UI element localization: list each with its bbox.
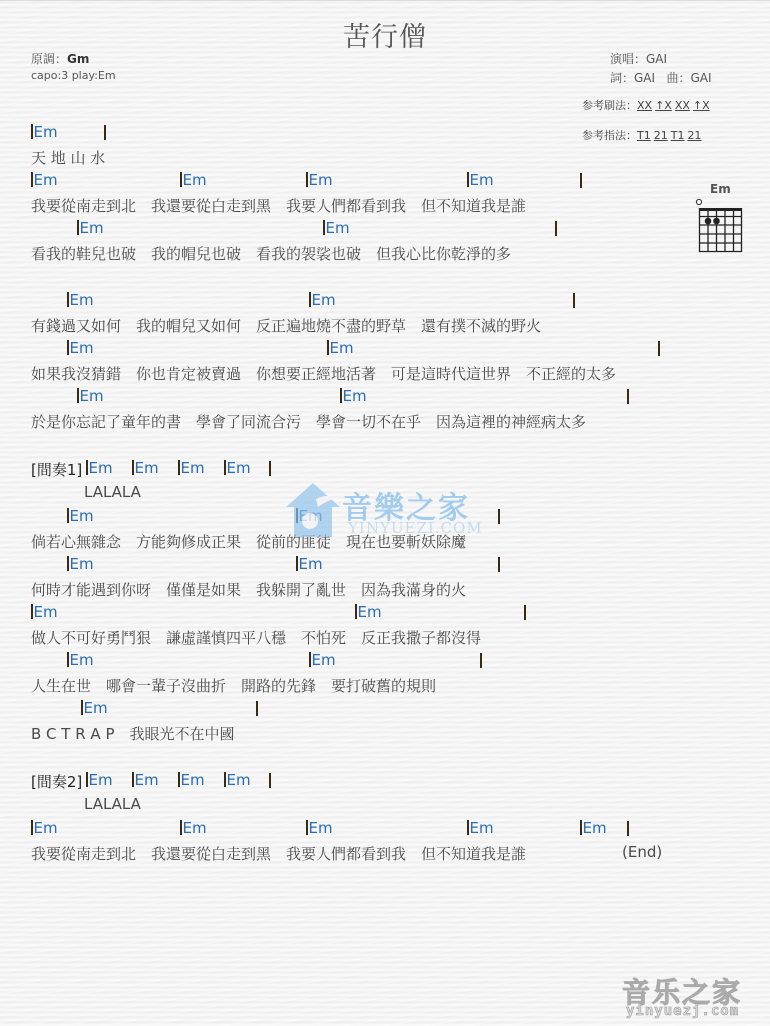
bar-line	[524, 605, 526, 620]
lyric-line: 如果我沒猜錯 你也肯定被賣過 你想要正經地活著 可是這時代這世界 不正經的太多	[31, 363, 616, 384]
chord-symbol: Em	[77, 387, 104, 405]
bar-line	[77, 220, 79, 235]
chord-name: Em	[181, 459, 205, 477]
chord-name: Em	[312, 651, 336, 669]
lyric-line: 何時才能遇到你呀 僅僅是如果 我躲開了亂世 因為我滿身的火	[31, 579, 466, 600]
chord-symbol: Em	[467, 819, 494, 837]
chord-symbol: Em	[467, 171, 494, 189]
chord-name: Em	[330, 339, 354, 357]
lyric-line: 於是你忘記了童年的書 學會了同流合污 學會一切不在乎 因為這裡的神經病太多	[31, 411, 586, 432]
bar-line	[180, 820, 182, 835]
chord-name: Em	[227, 459, 251, 477]
bar-line	[627, 389, 629, 404]
chord-name: Em	[309, 171, 333, 189]
chord-symbol: Em	[327, 339, 354, 357]
finger-label: 参考指法：	[582, 129, 637, 142]
chord-symbol: Em	[323, 219, 350, 237]
bar-line	[555, 221, 557, 236]
chord-name: Em	[358, 603, 382, 621]
chord-name: Em	[135, 459, 159, 477]
bar-line	[104, 125, 106, 140]
watermark-bottom: 音乐之家 yinyuezj.com	[622, 971, 762, 1021]
bar-line	[573, 293, 575, 308]
chord-name: Em	[34, 171, 58, 189]
chord-symbol: Em	[178, 459, 205, 477]
chord-name: Em	[34, 819, 58, 837]
bar-line	[67, 340, 69, 355]
house-logo-icon	[282, 481, 344, 539]
watermark-center: 音樂之家 YINYUEZI.COM	[282, 481, 492, 541]
chord-symbol: Em	[306, 819, 333, 837]
lyric-line: 看我的鞋兒也破 我的帽兒也破 看我的袈裟也破 但我心比你乾淨的多	[31, 243, 511, 264]
strum-pattern-item: ↑X	[655, 99, 672, 112]
bar-line	[467, 172, 469, 187]
chord-symbol: Em	[309, 291, 336, 309]
chord-symbol: Em	[132, 459, 159, 477]
bar-line	[467, 820, 469, 835]
bar-line	[658, 341, 660, 356]
section-label: [間奏2]	[31, 771, 82, 792]
bar-line	[67, 556, 69, 571]
chord-symbol: Em	[31, 171, 58, 189]
bar-line	[306, 172, 308, 187]
bar-line	[86, 460, 88, 475]
bar-line	[31, 172, 33, 187]
chord-name: Em	[70, 291, 94, 309]
lyric-line: B C T R A P 我眼光不在中國	[31, 723, 235, 744]
chord-name: Em	[135, 771, 159, 789]
song-title: 苦行僧	[0, 15, 770, 54]
bar-line	[81, 700, 83, 715]
lyric-line: LALALA	[84, 483, 141, 501]
bar-line	[67, 508, 69, 523]
bar-line	[224, 460, 226, 475]
chord-name: Em	[470, 819, 494, 837]
chord-symbol: Em	[67, 651, 94, 669]
chord-grid-icon	[694, 196, 746, 256]
chord-name: Em	[70, 555, 94, 573]
bar-line	[309, 652, 311, 667]
bar-line	[178, 460, 180, 475]
finger-pattern-item: T1	[637, 129, 651, 142]
lyric-line: 我要從南走到北 我還要從白走到黑 我要人們都看到我 但不知道我是誰	[31, 195, 526, 216]
bar-line	[67, 652, 69, 667]
bar-line	[355, 604, 357, 619]
bar-line	[269, 461, 271, 476]
capo-info: capo:3 play:Em	[31, 69, 116, 82]
chord-diagram-name: Em	[710, 182, 731, 196]
bar-line	[31, 820, 33, 835]
chord-name: Em	[181, 771, 205, 789]
finger-pattern-item: 21	[687, 129, 701, 142]
watermark-bottom-url: yinyuezj.com	[626, 1003, 739, 1019]
finger-pattern-item: T1	[671, 129, 685, 142]
bar-line	[480, 653, 482, 668]
bar-line	[180, 172, 182, 187]
chord-symbol: Em	[355, 603, 382, 621]
chord-name: Em	[80, 387, 104, 405]
original-key-value: Gm	[67, 52, 89, 66]
chord-name: Em	[299, 555, 323, 573]
chord-name: Em	[343, 387, 367, 405]
chord-symbol: Em	[178, 771, 205, 789]
bar-line	[327, 340, 329, 355]
chord-symbol: Em	[132, 771, 159, 789]
singer-credit: 演唱：GAI	[610, 50, 667, 67]
chord-symbol: Em	[180, 819, 207, 837]
chord-name: Em	[326, 219, 350, 237]
chord-symbol: Em	[224, 459, 251, 477]
chord-name: Em	[34, 603, 58, 621]
strum-pattern-item: XX	[637, 99, 652, 112]
watermark-subtitle: YINYUEZI.COM	[348, 519, 483, 537]
strum-pattern-item: XX	[675, 99, 690, 112]
bar-line	[31, 604, 33, 619]
original-key-label: 原調：	[31, 52, 67, 66]
finger-pattern: 参考指法：T121T121	[582, 127, 704, 143]
chord-name: Em	[309, 819, 333, 837]
chord-symbol: Em	[580, 819, 607, 837]
bar-line	[340, 388, 342, 403]
bar-line	[627, 821, 629, 836]
bar-line	[256, 701, 258, 716]
lyric-line: LALALA	[84, 795, 141, 813]
chord-name: Em	[89, 771, 113, 789]
chord-symbol: Em	[296, 555, 323, 573]
chord-symbol: Em	[67, 339, 94, 357]
bar-line	[77, 388, 79, 403]
bar-line	[323, 220, 325, 235]
bar-line	[178, 772, 180, 787]
bar-line	[132, 772, 134, 787]
bar-line	[224, 772, 226, 787]
chord-symbol: Em	[86, 459, 113, 477]
lyricist-composer-credit: 詞：GAI 曲：GAI	[610, 69, 712, 86]
chord-name: Em	[70, 339, 94, 357]
section-label: [間奏1]	[31, 459, 82, 480]
chord-diagram-em: Em	[694, 182, 746, 254]
bar-line	[306, 820, 308, 835]
original-key: 原調：Gm	[31, 50, 89, 67]
chord-symbol: Em	[77, 219, 104, 237]
lyric-line: 我要從南走到北 我還要從白走到黑 我要人們都看到我 但不知道我是誰	[31, 843, 526, 864]
bar-line	[498, 557, 500, 572]
chord-symbol: Em	[309, 651, 336, 669]
lyric-line: 人生在世 哪會一輩子沒曲折 開路的先鋒 要打破舊的規則	[31, 675, 436, 696]
chord-symbol: Em	[31, 819, 58, 837]
chord-name: Em	[84, 699, 108, 717]
chord-symbol: Em	[31, 603, 58, 621]
bar-line	[580, 820, 582, 835]
bar-line	[498, 509, 500, 524]
chord-symbol: Em	[31, 123, 58, 141]
chord-symbol: Em	[67, 291, 94, 309]
chord-name: Em	[80, 219, 104, 237]
bar-line	[580, 173, 582, 188]
strum-pattern-item: ↑X	[693, 99, 710, 112]
chord-name: Em	[583, 819, 607, 837]
chord-symbol: Em	[67, 555, 94, 573]
chord-symbol: Em	[306, 171, 333, 189]
chord-name: Em	[470, 171, 494, 189]
chord-symbol: Em	[180, 171, 207, 189]
bar-line	[132, 460, 134, 475]
chord-symbol: Em	[340, 387, 367, 405]
bar-line	[269, 773, 271, 788]
chord-name: Em	[70, 651, 94, 669]
strum-pattern: 参考刷法：XX↑XXX↑X	[582, 97, 713, 113]
lyric-line: 天 地 山 水	[31, 147, 105, 168]
chord-symbol: Em	[81, 699, 108, 717]
finger-pattern-item: 21	[654, 129, 668, 142]
chord-name: Em	[183, 819, 207, 837]
chord-symbol: Em	[86, 771, 113, 789]
chord-symbol: Em	[67, 507, 94, 525]
bar-line	[86, 772, 88, 787]
chord-symbol: Em	[224, 771, 251, 789]
chord-name: Em	[34, 123, 58, 141]
strum-label: 参考刷法：	[582, 99, 637, 112]
bar-line	[296, 556, 298, 571]
lyric-line: (End)	[622, 843, 662, 861]
chord-name: Em	[227, 771, 251, 789]
bar-line	[309, 292, 311, 307]
bar-line	[67, 292, 69, 307]
chord-name: Em	[89, 459, 113, 477]
chord-name: Em	[312, 291, 336, 309]
lyric-line: 有錢過又如何 我的帽兒又如何 反正遍地燒不盡的野草 還有撲不滅的野火	[31, 315, 541, 336]
lyric-line: 做人不可好勇鬥狠 謙虛謹慎四平八穩 不怕死 反正我撒子都沒得	[31, 627, 481, 648]
chord-name: Em	[183, 171, 207, 189]
chord-name: Em	[70, 507, 94, 525]
bar-line	[31, 124, 33, 139]
